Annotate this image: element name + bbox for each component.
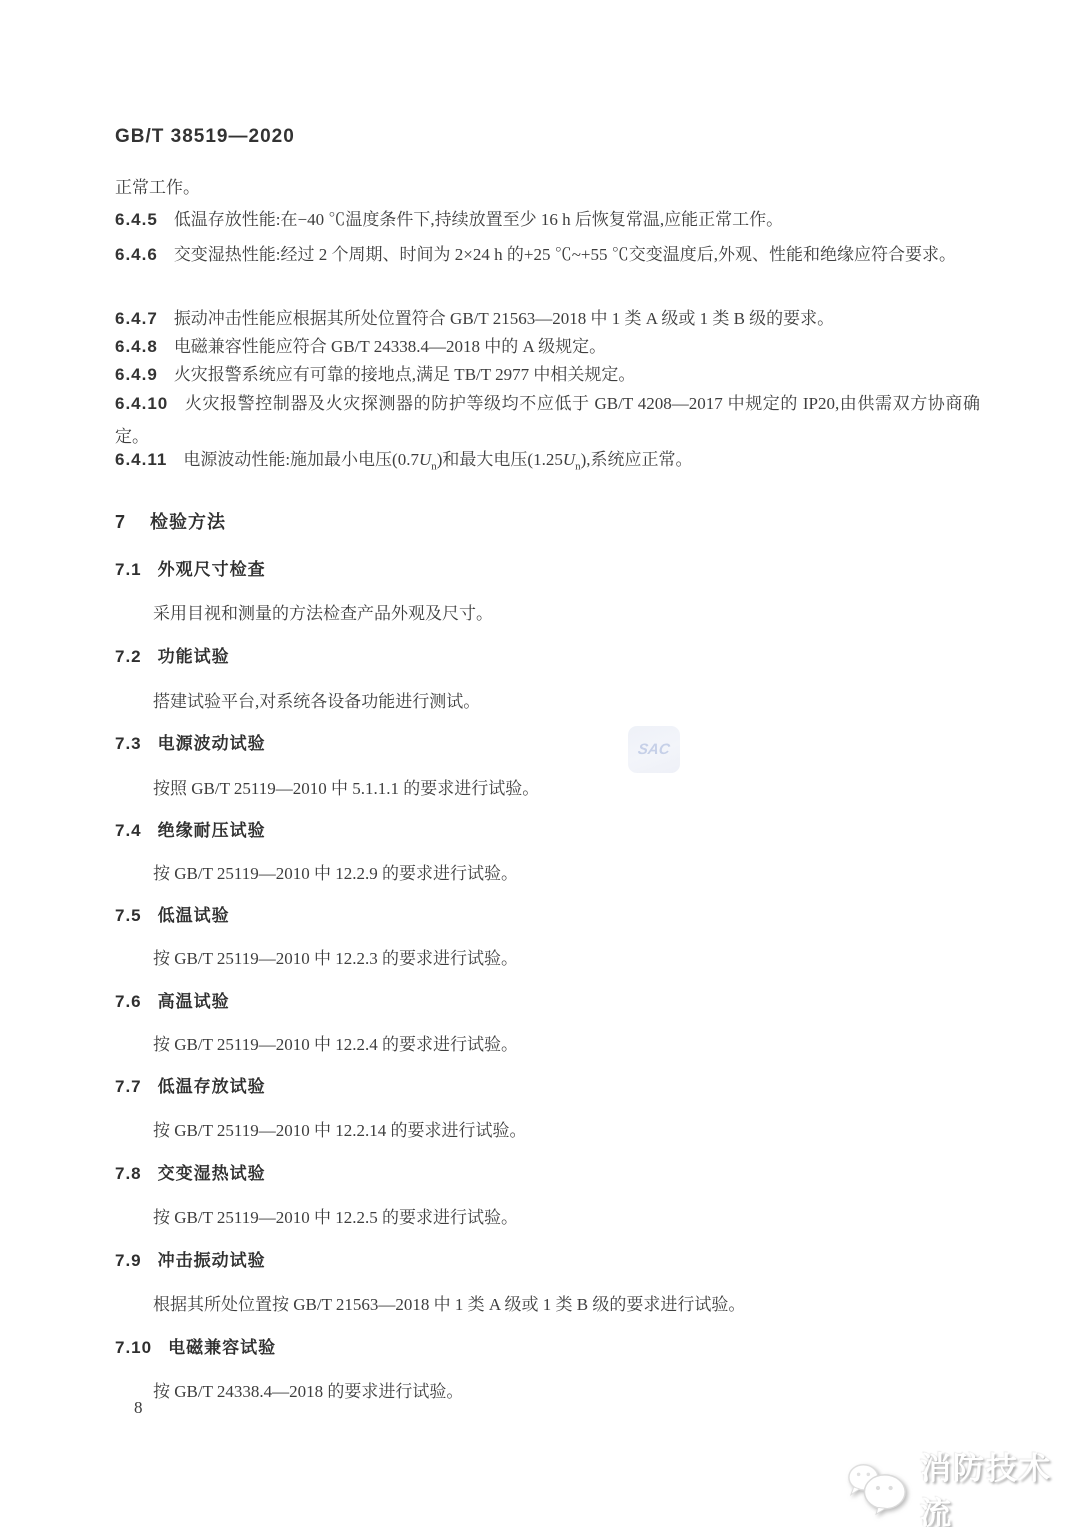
subsection-7-10-heading: 7.10电磁兼容试验 xyxy=(115,1333,980,1358)
subsection-number: 7.9 xyxy=(115,1251,142,1270)
continuation-line: 正常工作。 xyxy=(115,172,980,203)
clause-6-4-7: 6.4.7振动冲击性能应根据其所处位置符合 GB/T 21563—2018 中 … xyxy=(115,303,980,334)
section-title: 检验方法 xyxy=(150,512,226,532)
clause-6-4-5: 6.4.5低温存放性能:在−40 ℃温度条件下,持续放置至少 16 h 后恢复常… xyxy=(115,204,980,235)
clause-text-part: ),系统应正常。 xyxy=(581,450,693,469)
wechat-icon xyxy=(846,1459,910,1517)
subsection-7-1-heading: 7.1外观尺寸检查 xyxy=(115,555,980,580)
sac-watermark-label: SAC xyxy=(637,741,671,758)
clause-number: 6.4.5 xyxy=(115,210,158,229)
section-7-heading: 7检验方法 xyxy=(115,508,980,534)
subsection-7-7-heading: 7.7低温存放试验 xyxy=(115,1072,980,1097)
subsection-number: 7.5 xyxy=(115,906,142,925)
document-page: GB/T 38519—2020 正常工作。 6.4.5低温存放性能:在−40 ℃… xyxy=(0,0,1080,1527)
subsection-title: 冲击振动试验 xyxy=(158,1251,266,1270)
subsection-7-5-heading: 7.5低温试验 xyxy=(115,901,980,926)
subsection-number: 7.6 xyxy=(115,992,142,1011)
clause-text: 低温存放性能:在−40 ℃温度条件下,持续放置至少 16 h 后恢复常温,应能正… xyxy=(174,210,783,229)
subsection-7-2-body: 搭建试验平台,对系统各设备功能进行测试。 xyxy=(153,687,980,717)
voltage-symbol: U xyxy=(563,450,575,469)
subsection-title: 低温存放试验 xyxy=(158,1077,266,1096)
clause-number: 6.4.6 xyxy=(115,245,158,264)
subsection-7-6-body: 按 GB/T 25119—2010 中 12.2.4 的要求进行试验。 xyxy=(153,1030,980,1060)
brand-watermark-label: 消防技术流 xyxy=(920,1443,1080,1527)
clause-text: 火灾报警系统应有可靠的接地点,满足 TB/T 2977 中相关规定。 xyxy=(174,365,636,384)
clause-6-4-9: 6.4.9火灾报警系统应有可靠的接地点,满足 TB/T 2977 中相关规定。 xyxy=(115,359,980,390)
subsection-7-4-body: 按 GB/T 25119—2010 中 12.2.9 的要求进行试验。 xyxy=(153,859,980,889)
subsection-7-1-body: 采用目视和测量的方法检查产品外观及尺寸。 xyxy=(153,599,980,629)
clause-number: 6.4.8 xyxy=(115,337,158,356)
subsection-number: 7.3 xyxy=(115,734,142,753)
subsection-7-2-heading: 7.2功能试验 xyxy=(115,642,980,667)
clause-6-4-6: 6.4.6交变湿热性能:经过 2 个周期、时间为 2×24 h 的+25 ℃~+… xyxy=(115,238,980,271)
subsection-number: 7.2 xyxy=(115,647,142,666)
subsection-7-6-heading: 7.6高温试验 xyxy=(115,987,980,1012)
subsection-title: 绝缘耐压试验 xyxy=(158,821,266,840)
subsection-number: 7.7 xyxy=(115,1077,142,1096)
clause-6-4-11: 6.4.11电源波动性能:施加最小电压(0.7Un)和最大电压(1.25Un),… xyxy=(115,444,980,482)
subsection-number: 7.1 xyxy=(115,560,142,579)
subsection-title: 电源波动试验 xyxy=(158,734,266,753)
clause-6-4-8: 6.4.8电磁兼容性能应符合 GB/T 24338.4—2018 中的 A 级规… xyxy=(115,331,980,362)
subsection-7-3-heading: 7.3电源波动试验 xyxy=(115,729,980,754)
voltage-symbol: U xyxy=(419,450,431,469)
subsection-7-5-body: 按 GB/T 25119—2010 中 12.2.3 的要求进行试验。 xyxy=(153,944,980,974)
clause-text: 火灾报警控制器及火灾探测器的防护等级均不应低于 GB/T 4208—2017 中… xyxy=(115,394,980,446)
subsection-title: 外观尺寸检查 xyxy=(158,560,266,579)
clause-text: 振动冲击性能应根据其所处位置符合 GB/T 21563—2018 中 1 类 A… xyxy=(174,309,834,328)
clause-number: 6.4.10 xyxy=(115,394,168,413)
clause-text: 交变湿热性能:经过 2 个周期、时间为 2×24 h 的+25 ℃~+55 ℃交… xyxy=(174,245,956,264)
subsection-7-7-body: 按 GB/T 25119—2010 中 12.2.14 的要求进行试验。 xyxy=(153,1116,980,1146)
document-header: GB/T 38519—2020 xyxy=(115,126,980,148)
subsection-title: 功能试验 xyxy=(158,647,230,666)
subsection-number: 7.4 xyxy=(115,821,142,840)
subsection-7-9-heading: 7.9冲击振动试验 xyxy=(115,1246,980,1271)
subsection-7-9-body: 根据其所处位置按 GB/T 21563—2018 中 1 类 A 级或 1 类 … xyxy=(153,1290,980,1320)
page-number: 8 xyxy=(134,1398,980,1418)
subsection-7-8-heading: 7.8交变湿热试验 xyxy=(115,1159,980,1184)
clause-text-part: )和最大电压(1.25 xyxy=(437,450,563,469)
subsection-7-3-body: 按照 GB/T 25119—2010 中 5.1.1.1 的要求进行试验。 xyxy=(153,774,980,804)
clause-number: 6.4.11 xyxy=(115,450,167,469)
subsection-title: 高温试验 xyxy=(158,992,230,1011)
clause-text: 电磁兼容性能应符合 GB/T 24338.4—2018 中的 A 级规定。 xyxy=(174,337,606,356)
clause-number: 6.4.9 xyxy=(115,365,158,384)
section-number: 7 xyxy=(115,512,126,532)
subsection-number: 7.8 xyxy=(115,1164,142,1183)
subsection-7-8-body: 按 GB/T 25119—2010 中 12.2.5 的要求进行试验。 xyxy=(153,1203,980,1233)
clause-number: 6.4.7 xyxy=(115,309,158,328)
brand-watermark: 消防技术流 xyxy=(846,1443,1080,1527)
subsection-title: 低温试验 xyxy=(158,906,230,925)
subsection-title: 交变湿热试验 xyxy=(158,1164,266,1183)
clause-text-part: 电源波动性能:施加最小电压(0.7 xyxy=(183,450,419,469)
sac-watermark: SAC xyxy=(628,726,680,773)
subsection-title: 电磁兼容试验 xyxy=(168,1338,276,1357)
subsection-7-4-heading: 7.4绝缘耐压试验 xyxy=(115,816,980,841)
subsection-number: 7.10 xyxy=(115,1338,152,1357)
